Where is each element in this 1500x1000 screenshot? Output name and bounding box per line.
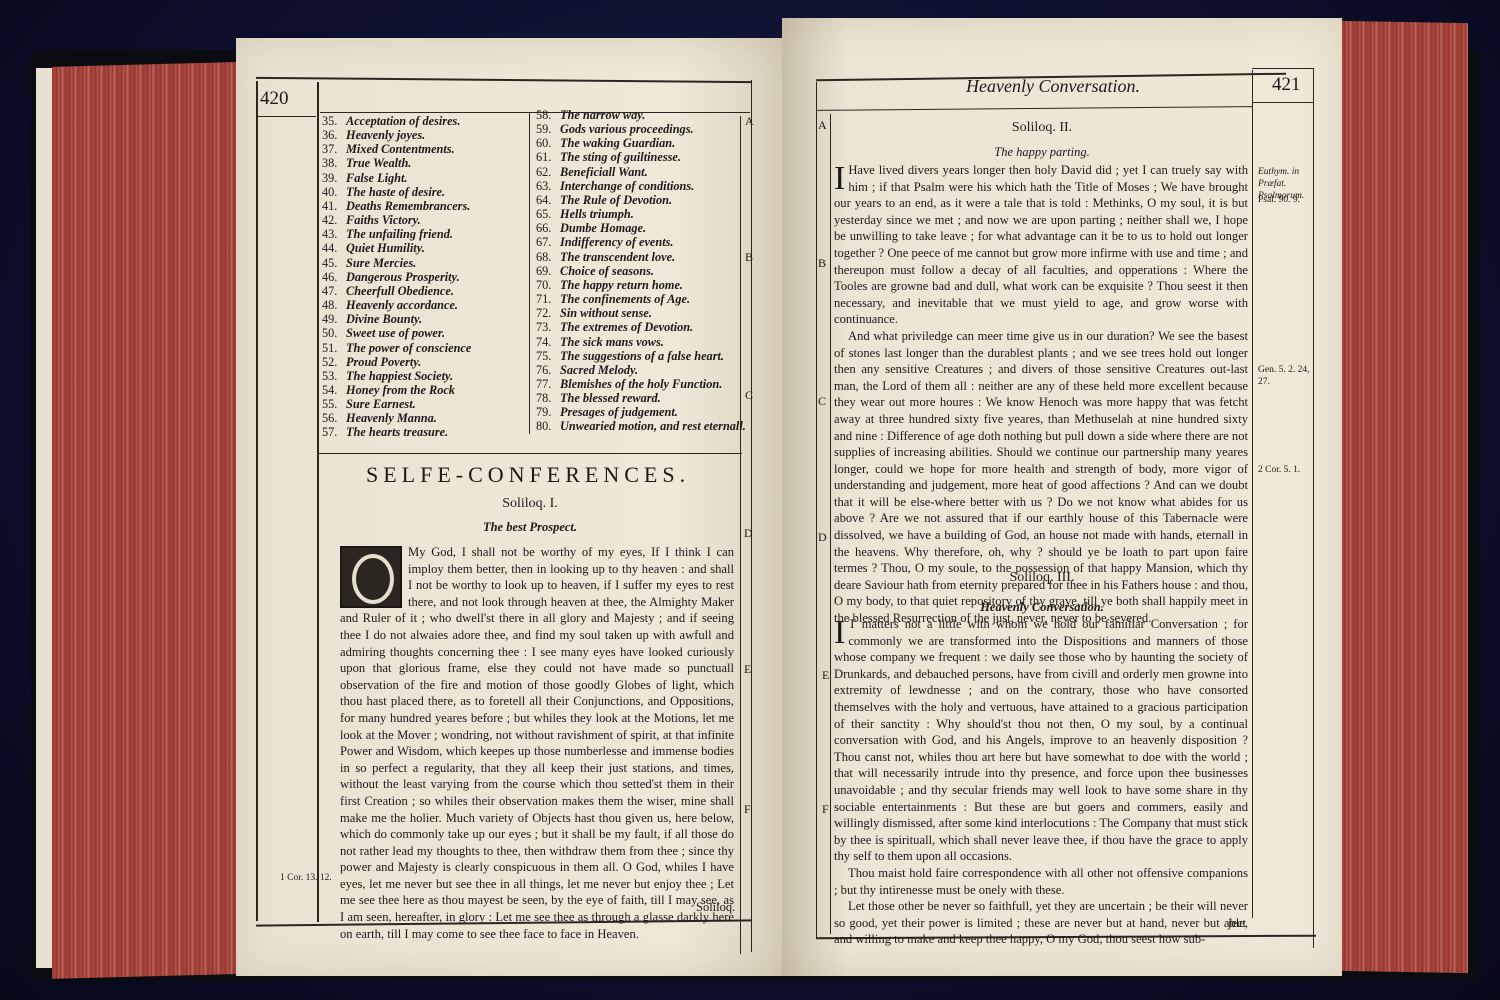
toc-entry: 42.Faiths Victory. <box>322 213 471 227</box>
toc-entry: 72.Sin without sense. <box>536 306 746 320</box>
toc-column-divider <box>529 112 530 434</box>
toc-entry: 55.Sure Earnest. <box>322 397 471 411</box>
toc-entry-title: The transcendent love. <box>560 250 675 264</box>
toc-entry-title: Indifferency of events. <box>560 235 674 249</box>
toc-entry: 79.Presages of judgement. <box>536 405 746 419</box>
toc-entry-number: 68. <box>536 250 560 264</box>
marginal-letter-e: E <box>744 662 751 677</box>
toc-entry: 76.Sacred Melody. <box>536 363 746 377</box>
toc-entry: 53.The happiest Society. <box>322 369 471 383</box>
gutter-rule <box>317 82 319 922</box>
ornamental-initial <box>340 546 402 608</box>
toc-entry-number: 50. <box>322 326 346 340</box>
toc-entry-number: 36. <box>322 128 346 142</box>
marginal-letter-a: A <box>745 114 754 129</box>
section-rule <box>318 453 742 454</box>
toc-entry-title: Blemishes of the holy Function. <box>560 377 722 391</box>
toc-entry: 36.Heavenly joyes. <box>322 128 471 142</box>
toc-entry-number: 38. <box>322 156 346 170</box>
page-number: 421 <box>1272 74 1301 96</box>
toc-entry-title: The power of conscience <box>346 341 471 355</box>
text-left-border <box>830 114 831 934</box>
margin-note-corinthians: 2 Cor. 5. 1. <box>1258 464 1300 476</box>
catchword: Soliloq. <box>696 900 735 915</box>
toc-entry-title: The Rule of Devotion. <box>560 193 672 207</box>
toc-entry-number: 69. <box>536 264 560 278</box>
toc-entry-number: 44. <box>322 241 346 255</box>
toc-entry-number: 72. <box>536 306 560 320</box>
soliloquy-2-heading: Soliloq. II. <box>832 120 1252 136</box>
toc-entry-number: 73. <box>536 320 560 334</box>
toc-entry-title: Presages of judgement. <box>560 405 678 419</box>
toc-entry-number: 46. <box>322 270 346 284</box>
toc-entry-title: Proud Poverty. <box>346 355 421 369</box>
soliloquy-2-subtitle: The happy parting. <box>832 145 1252 160</box>
toc-entry-title: The waking Guardian. <box>560 136 675 150</box>
toc-entry-number: 70. <box>536 278 560 292</box>
toc-entry: 69.Choice of seasons. <box>536 264 746 278</box>
toc-entry-title: Dangerous Prosperity. <box>346 270 460 284</box>
toc-entry-title: The extremes of Devotion. <box>560 320 693 334</box>
toc-entry-number: 45. <box>322 256 346 270</box>
toc-entry-number: 40. <box>322 185 346 199</box>
toc-entry: 77.Blemishes of the holy Function. <box>536 377 746 391</box>
toc-entry-title: Heavenly Manna. <box>346 411 437 425</box>
marginal-letter-d: D <box>818 530 827 545</box>
soliloquy-subtitle: The best Prospect. <box>320 520 740 535</box>
toc-entry-title: Dumbe Homage. <box>560 221 646 235</box>
toc-entry: 48.Heavenly accordance. <box>322 298 471 312</box>
toc-entry: 50.Sweet use of power. <box>322 326 471 340</box>
toc-entry-number: 80. <box>536 419 560 433</box>
toc-entry-number: 77. <box>536 377 560 391</box>
toc-entry-number: 59. <box>536 122 560 136</box>
toc-entry-title: Choice of seasons. <box>560 264 654 278</box>
marginal-letter-c: C <box>745 388 753 403</box>
toc-entry-number: 56. <box>322 411 346 425</box>
toc-entry-number: 66. <box>536 221 560 235</box>
toc-entry: 65.Hells triumph. <box>536 207 746 221</box>
toc-entry-number: 57. <box>322 425 346 439</box>
toc-entry: 70.The happy return home. <box>536 278 746 292</box>
toc-entry: 57.The hearts treasure. <box>322 425 471 439</box>
soliloquy-3-body: IT matters not a little with whom we hol… <box>834 616 1248 948</box>
toc-entry: 47.Cheerfull Obedience. <box>322 284 471 298</box>
toc-entry-number: 71. <box>536 292 560 306</box>
toc-entry-title: The blessed reward. <box>560 391 661 405</box>
toc-entry: 66.Dumbe Homage. <box>536 221 746 235</box>
marginal-letter-b: B <box>818 256 826 271</box>
marginal-letter-b: B <box>745 250 753 265</box>
toc-entry-title: Sacred Melody. <box>560 363 638 377</box>
margin-note-genesis: Gen. 5. 2. 24, 27. <box>1258 364 1312 388</box>
toc-entry-title: Heavenly joyes. <box>346 128 425 142</box>
toc-entry-title: Sure Earnest. <box>346 397 416 411</box>
outer-left-border <box>816 82 817 938</box>
marginal-letter-e: E <box>822 668 829 683</box>
toc-entry-title: Sin without sense. <box>560 306 652 320</box>
toc-entry: 60.The waking Guardian. <box>536 136 746 150</box>
running-head: Heavenly Conversation. <box>966 76 1140 97</box>
toc-entry: 62.Beneficiall Want. <box>536 165 746 179</box>
toc-entry-number: 54. <box>322 383 346 397</box>
marginal-letter-d: D <box>744 526 753 541</box>
toc-entry-title: The haste of desire. <box>346 185 445 199</box>
right-page: Heavenly Conversation. 421 A B C D E F S… <box>782 18 1342 976</box>
toc-entry-number: 52. <box>322 355 346 369</box>
right-border <box>751 80 752 952</box>
toc-entry-title: True Wealth. <box>346 156 411 170</box>
toc-entry: 73.The extremes of Devotion. <box>536 320 746 334</box>
catchword: ject <box>1228 916 1246 931</box>
toc-entry-title: The happiest Society. <box>346 369 453 383</box>
toc-entry: 39.False Light. <box>322 171 471 185</box>
toc-entry-number: 39. <box>322 171 346 185</box>
toc-column-1: 35.Acceptation of desires.36.Heavenly jo… <box>322 114 471 440</box>
toc-entry-title: Quiet Humility. <box>346 241 425 255</box>
toc-entry-title: False Light. <box>346 171 408 185</box>
toc-entry: 49.Divine Bounty. <box>322 312 471 326</box>
toc-entry: 61.The sting of guiltinesse. <box>536 150 746 164</box>
toc-entry: 68.The transcendent love. <box>536 250 746 264</box>
toc-entry: 40.The haste of desire. <box>322 185 471 199</box>
toc-entry-number: 43. <box>322 227 346 241</box>
toc-entry: 54.Honey from the Rock <box>322 383 471 397</box>
toc-entry: 75.The suggestions of a false heart. <box>536 349 746 363</box>
toc-entry-title: Hells triumph. <box>560 207 634 221</box>
toc-entry-title: Acceptation of desires. <box>346 114 460 128</box>
toc-entry-number: 78. <box>536 391 560 405</box>
toc-entry: 58.The narrow way. <box>536 108 746 122</box>
toc-entry-number: 62. <box>536 165 560 179</box>
left-page: 420 35.Acceptation of desires.36.Heavenl… <box>236 38 788 976</box>
toc-entry-number: 65. <box>536 207 560 221</box>
toc-entry: 37.Mixed Contentments. <box>322 142 471 156</box>
toc-entry-number: 67. <box>536 235 560 249</box>
toc-entry: 59.Gods various proceedings. <box>536 122 746 136</box>
page-number: 420 <box>260 88 289 110</box>
toc-entry: 67.Indifferency of events. <box>536 235 746 249</box>
toc-entry-number: 58. <box>536 108 560 122</box>
pagenum-bottom-rule <box>1252 102 1314 103</box>
toc-entry-title: The sick mans vows. <box>560 335 664 349</box>
toc-entry-number: 64. <box>536 193 560 207</box>
toc-entry-number: 76. <box>536 363 560 377</box>
toc-entry: 52.Proud Poverty. <box>322 355 471 369</box>
toc-entry-number: 51. <box>322 341 346 355</box>
toc-entry-title: Cheerfull Obedience. <box>346 284 454 298</box>
toc-entry-number: 74. <box>536 335 560 349</box>
toc-entry: 46.Dangerous Prosperity. <box>322 270 471 284</box>
toc-entry-number: 75. <box>536 349 560 363</box>
toc-entry-title: The narrow way. <box>560 108 645 122</box>
drop-initial: I <box>834 164 845 194</box>
toc-entry-title: Deaths Remembrancers. <box>346 199 470 213</box>
left-border <box>256 81 258 921</box>
toc-entry-title: The hearts treasure. <box>346 425 448 439</box>
toc-entry-title: Mixed Contentments. <box>346 142 455 156</box>
toc-entry-number: 55. <box>322 397 346 411</box>
drop-initial: I <box>834 618 845 648</box>
toc-entry-number: 37. <box>322 142 346 156</box>
toc-entry-title: Faiths Victory. <box>346 213 421 227</box>
toc-entry-title: The confinements of Age. <box>560 292 690 306</box>
toc-entry: 71.The confinements of Age. <box>536 292 746 306</box>
left-page-edges <box>52 62 238 979</box>
toc-entry: 56.Heavenly Manna. <box>322 411 471 425</box>
soliloquy-heading: Soliloq. I. <box>320 496 740 512</box>
toc-entry-number: 47. <box>322 284 346 298</box>
toc-entry: 35.Acceptation of desires. <box>322 114 471 128</box>
toc-entry: 80.Unwearied motion, and rest eternall. <box>536 419 746 433</box>
soliloquy-3-heading: Soliloq. III. <box>832 570 1252 586</box>
toc-entry-number: 42. <box>322 213 346 227</box>
toc-entry-title: The unfailing friend. <box>346 227 453 241</box>
margin-column-rule <box>1252 70 1253 918</box>
marginal-letter-f: F <box>822 802 829 817</box>
toc-entry: 38.True Wealth. <box>322 156 471 170</box>
toc-entry: 63.Interchange of conditions. <box>536 179 746 193</box>
toc-entry-number: 63. <box>536 179 560 193</box>
toc-entry-title: Gods various proceedings. <box>560 122 694 136</box>
toc-entry-number: 79. <box>536 405 560 419</box>
toc-column-2: 58.The narrow way.59.Gods various procee… <box>536 108 746 434</box>
toc-entry-number: 49. <box>322 312 346 326</box>
toc-entry-number: 60. <box>536 136 560 150</box>
head-rule <box>816 106 1252 111</box>
toc-entry-title: Interchange of conditions. <box>560 179 694 193</box>
toc-entry: 45.Sure Mercies. <box>322 256 471 270</box>
toc-entry-title: The suggestions of a false heart. <box>560 349 724 363</box>
right-page-edges <box>1340 21 1468 973</box>
soliloquy-3-subtitle: Heavenly Conversation. <box>832 600 1252 615</box>
marginal-letter-a: A <box>818 118 827 133</box>
toc-entry-number: 53. <box>322 369 346 383</box>
margin-note: 1 Cor. 13. 12. <box>280 872 332 884</box>
toc-entry-title: Heavenly accordance. <box>346 298 458 312</box>
toc-entry-title: Unwearied motion, and rest eternall. <box>560 419 746 433</box>
top-rule <box>256 77 752 83</box>
soliloquy-body: My God, I shall not be worthy of my eyes… <box>340 544 734 942</box>
toc-entry: 74.The sick mans vows. <box>536 335 746 349</box>
toc-entry-title: Sweet use of power. <box>346 326 445 340</box>
pagenum-rule <box>256 116 316 117</box>
toc-entry-title: Honey from the Rock <box>346 383 455 397</box>
margin-note-psalm: Psal. 90. 9. <box>1258 194 1300 206</box>
pagenum-top-rule <box>1252 68 1314 69</box>
toc-entry: 64.The Rule of Devotion. <box>536 193 746 207</box>
toc-entry: 78.The blessed reward. <box>536 391 746 405</box>
toc-entry: 51.The power of conscience <box>322 341 471 355</box>
right-border <box>1313 68 1314 948</box>
toc-entry-number: 61. <box>536 150 560 164</box>
toc-entry-number: 48. <box>322 298 346 312</box>
toc-entry-title: Beneficiall Want. <box>560 165 648 179</box>
toc-entry-title: The sting of guiltinesse. <box>560 150 681 164</box>
toc-entry: 41.Deaths Remembrancers. <box>322 199 471 213</box>
toc-entry: 44.Quiet Humility. <box>322 241 471 255</box>
toc-entry-title: Sure Mercies. <box>346 256 416 270</box>
toc-entry: 43.The unfailing friend. <box>322 227 471 241</box>
toc-entry-number: 41. <box>322 199 346 213</box>
marginal-letter-c: C <box>818 394 826 409</box>
section-title: SELFE-CONFERENCES. <box>366 462 690 488</box>
toc-entry-title: Divine Bounty. <box>346 312 422 326</box>
toc-entry-title: The happy return home. <box>560 278 683 292</box>
marginal-letter-f: F <box>744 802 751 817</box>
toc-entry-number: 35. <box>322 114 346 128</box>
soliloquy-2-body: IHave lived divers years longer then hol… <box>834 162 1248 627</box>
